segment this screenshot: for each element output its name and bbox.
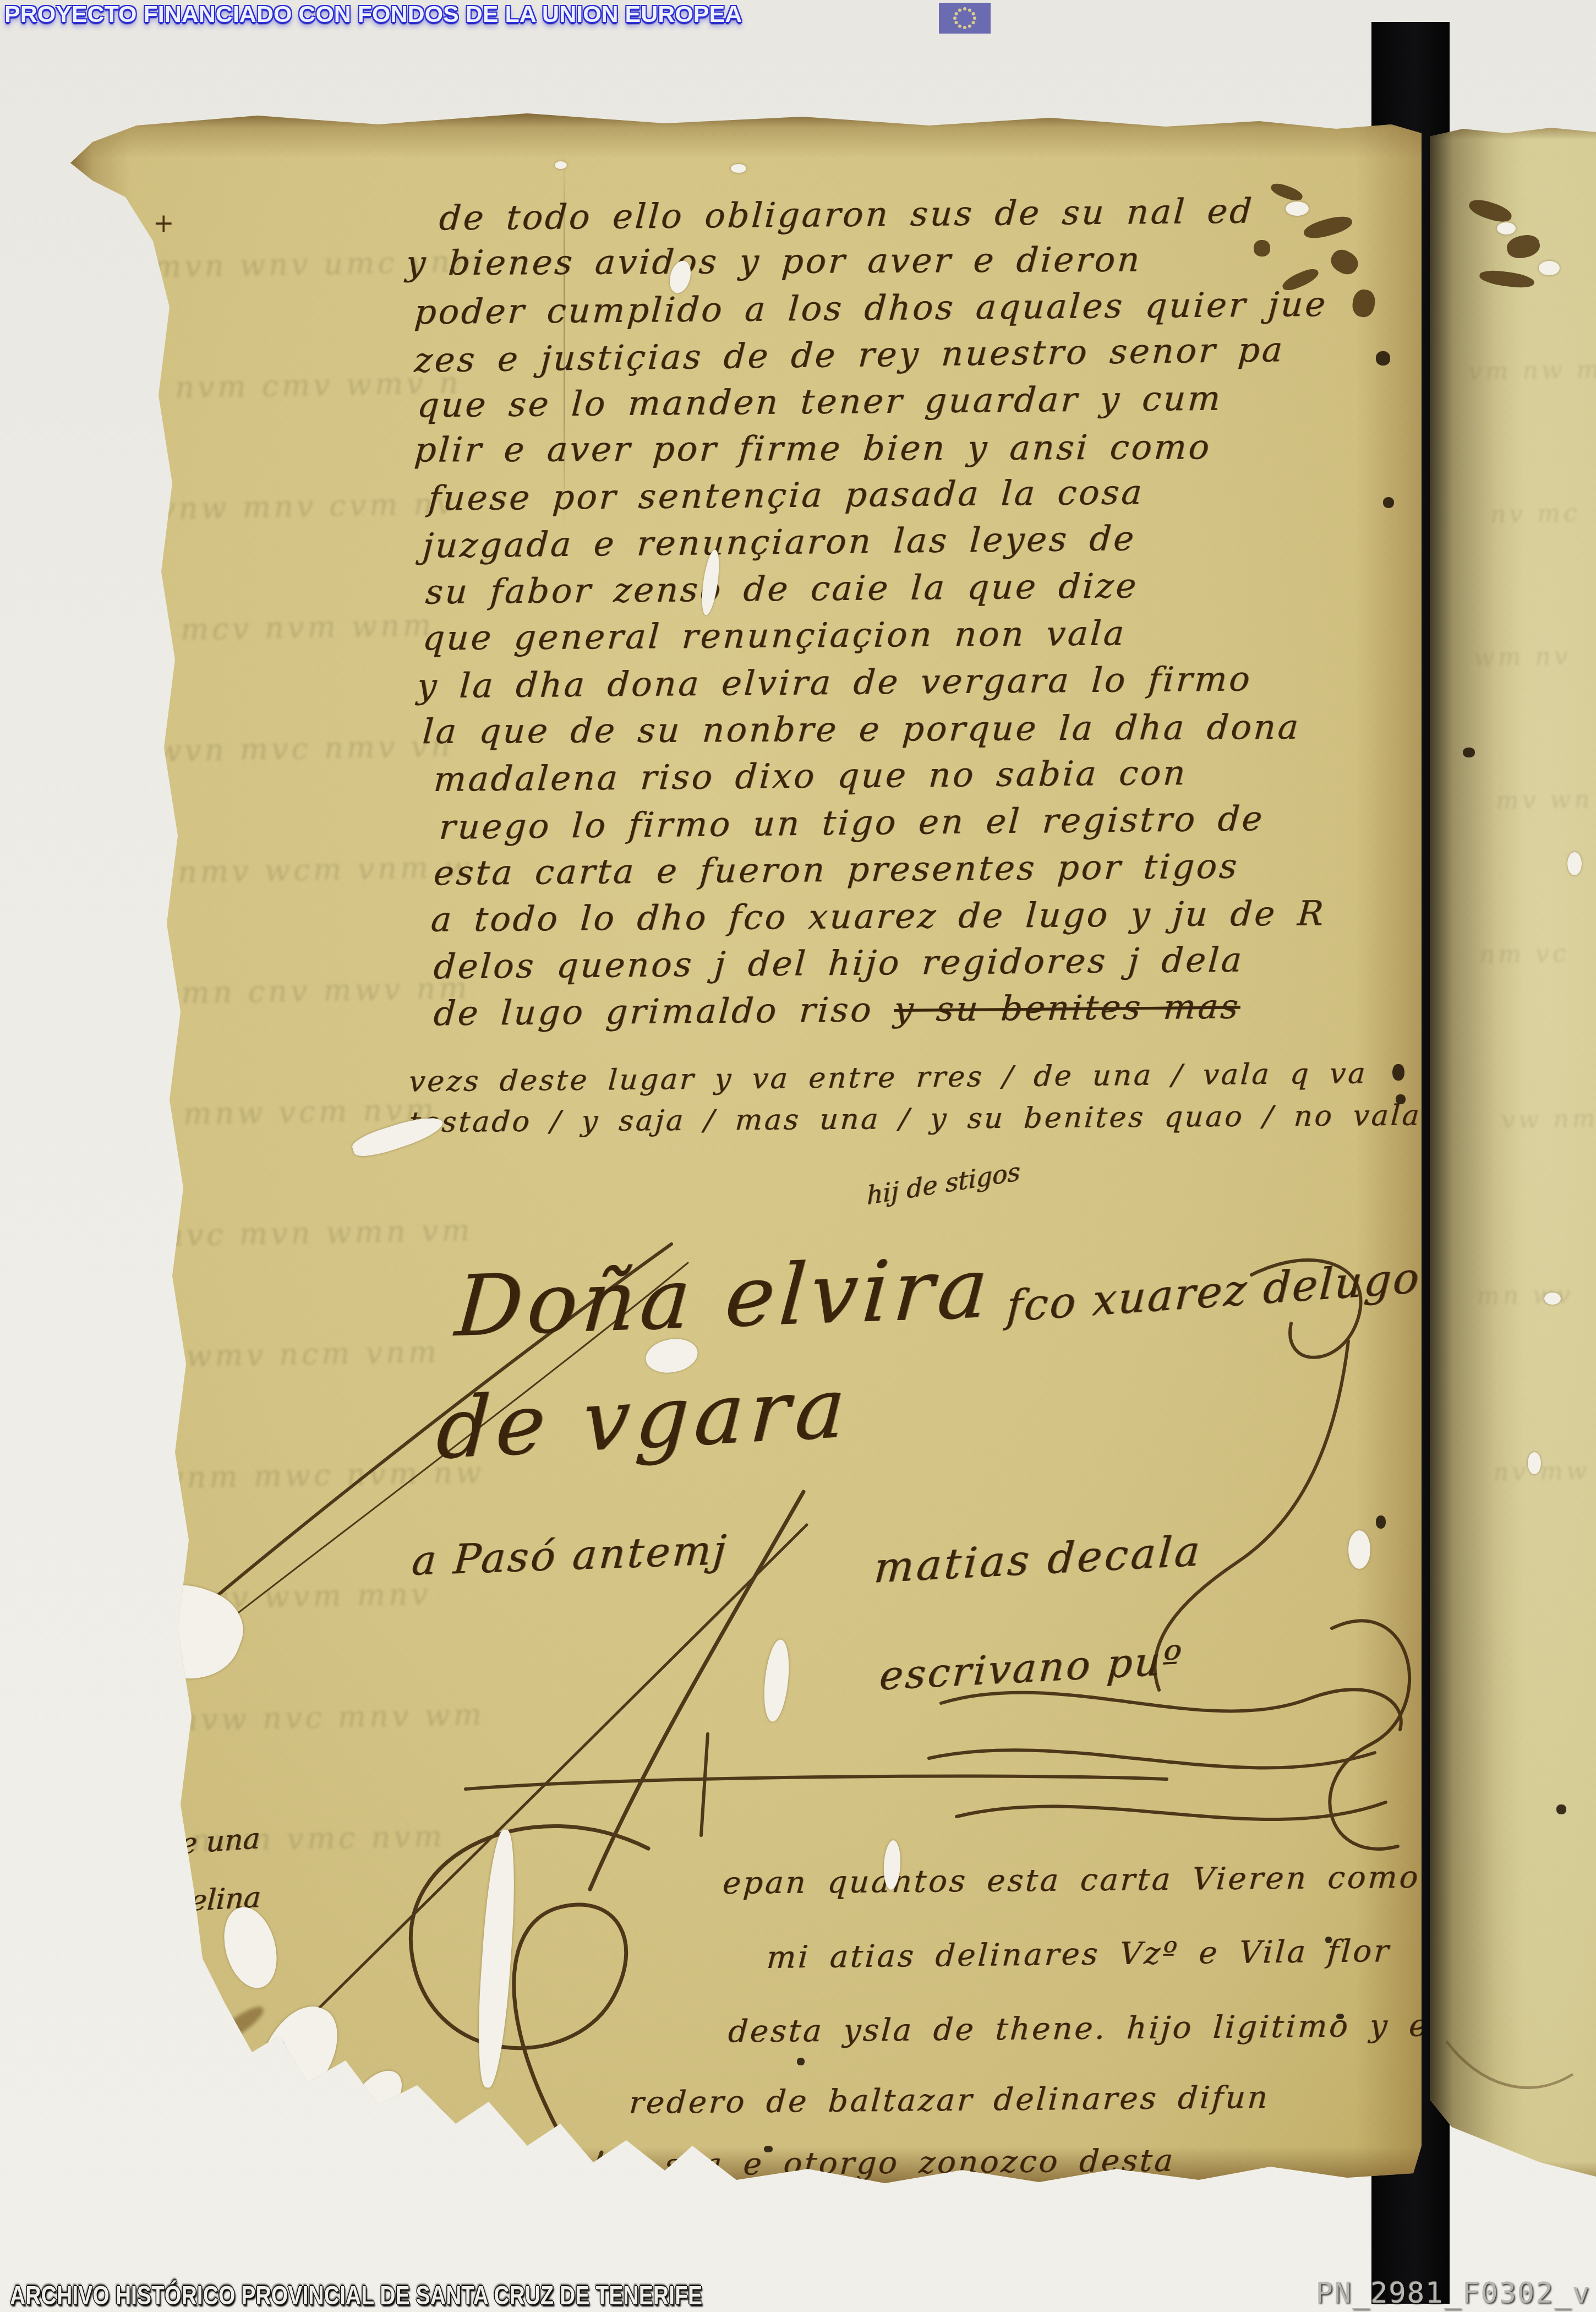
worm-hole [1383,497,1394,508]
signature-cala-line2: escrivano puº [878,1637,1184,1699]
signature-xuarez: fco xuarez delugo [1005,1253,1422,1332]
worm-damage [1327,246,1362,279]
manuscript-line: que se lo manden tener guardar y cum [416,378,1223,426]
paper-hole [731,164,746,173]
paper-hole [1497,222,1516,235]
paper-hole [412,2098,461,2155]
signature-elvira-line1: Doña elvira [452,1239,995,1356]
bleedthrough-text: nv mw [1493,1457,1590,1486]
signature-elvira-line2: de vgara [434,1359,853,1478]
archive-name: ARCHIVO HISTÓRICO PROVINCIAL DE SANTA CR… [10,2280,702,2311]
banner-text: PROYECTO FINANCIADO CON FONDOS DE LA UNI… [4,1,742,28]
manuscript-line: de lugo grimaldo riso y su benites mas [433,986,1242,1034]
manuscript-line: y la dha dona elvira de vergara lo firmo [416,658,1253,706]
eu-flag-icon [939,3,991,34]
struck-out-text: y su benites mas [893,986,1241,1030]
manuscript-line-text: de lugo grimaldo riso [433,989,874,1033]
worm-hole [1396,1094,1406,1104]
document-reference-code: PN_2981_F0302_v [1315,2277,1590,2310]
bleedthrough-text: nmv wcm vnm w [177,849,473,889]
manuscript-line: la que de su nonbre e porque la dha dona [422,707,1302,751]
manuscript-line: enso rio sea e otorgo zonozco desta [493,2143,1176,2185]
bleedthrough-text: mcv nvm wnm [180,608,434,647]
margin-mark: le [109,582,132,612]
bleedthrough-text: wvn mvc nmv vn [155,728,453,768]
paper-hole [555,161,567,169]
paper-hole [1286,201,1309,216]
eu-funding-banner: PROYECTO FINANCIADO CON FONDOS DE LA UNI… [0,0,1596,34]
paper-hole [1544,1293,1561,1305]
manuscript-line: epan quantos esta carta Vieren como jo [722,1859,1473,1901]
worm-damage [1467,196,1513,225]
worm-hole [1556,1804,1566,1814]
worm-damage [1302,213,1354,242]
bleedthrough-text: vw nm [1501,1104,1596,1134]
paper-hole [473,1829,520,2089]
worm-damage [1479,268,1535,290]
manuscript-line: vezs deste lugar y va entre rres / de un… [408,1057,1368,1098]
margin-note-line: y de una [136,1822,260,1864]
manuscript-line: que general renunçiaçion non vala [422,613,1128,658]
paper-hole [1348,1530,1370,1569]
margin-mark: y [123,935,137,964]
manuscript-line: redero de baltazar delinares difun [628,2080,1271,2121]
scanned-archive-photo: vm nw m nv mc wm nv mv wn nm vc vw nm mn… [0,0,1596,2312]
bleedthrough-text: vm nw m [1468,356,1596,386]
worm-hole [764,2146,773,2152]
manuscript-line: poder cumplido a los dhos aquales quier … [413,284,1329,332]
burnt-edge [433,2136,517,2160]
paper-hole [340,2062,412,2137]
paper-hole [1539,261,1560,275]
signature-cala-line1: matias decala [872,1526,1204,1593]
margin-mark: + [153,208,174,238]
manuscript-page: mvn wnv umc vnm nvm cmv wmv n vnw mnv cv… [70,109,1422,2185]
manuscript-line: juzgada e renunçiaron las leyes de [422,518,1137,566]
witness-note: hij de stigos [866,1157,1020,1211]
bleedthrough-text: mvw nvc mnv wm [169,1697,485,1737]
manuscript-line: fuese por sentençia pasada la cosa [427,472,1145,518]
worm-damage [1505,232,1542,261]
burnt-edge [358,2103,422,2147]
manuscript-line: zes e justiçias de de rey nuestro senor … [413,329,1286,380]
bleedthrough-text: mv wn [1496,785,1593,815]
worm-hole [1392,1064,1404,1081]
worm-hole [797,2058,805,2065]
archive-banner: ARCHIVO HISTÓRICO PROVINCIAL DE SANTA CR… [0,2279,1596,2312]
bleedthrough-text: nm vc [1479,940,1570,969]
facing-page-edge: vm nw m nv mc wm nv mv wn nm vc vw nm mn… [1430,126,1596,2183]
paper-hole [1567,852,1582,875]
worm-hole [1336,2014,1344,2019]
manuscript-line: y bienes avidos y por aver e dieron [405,239,1143,283]
paso-ante-mi: a Pasó antemj [410,1526,729,1585]
paper-hole [761,1638,792,1723]
bleedthrough-text: vnw mnv cvm nv [158,486,456,526]
manuscript-line: madalena riso dixo que no sabia con [433,753,1189,799]
manuscript-line: ruego lo firmo un tigo en el registro de [438,798,1266,847]
fold-mark [1430,126,1596,2183]
manuscript-line: su fabor zenso de caie la que dize [424,565,1140,612]
paper-hole [1528,1452,1541,1474]
worm-damage [1254,240,1270,257]
worm-damage [1351,288,1377,319]
manuscript-line: delos quenos j del hijo regidores j dela [433,940,1245,987]
burnt-edge [204,2002,267,2053]
manuscript-line: desta ysla de thene. hijo ligitimo y e [727,2008,1430,2049]
manuscript-line: plir e aver por firme bien y ansi como [413,427,1213,470]
bleedthrough-text: nv mc [1490,499,1581,529]
bleedthrough-text: wm nv [1474,642,1571,672]
worm-hole [1376,1515,1386,1529]
manuscript-line: esta carta e fueron presentes por tigos [433,846,1240,893]
worm-hole [1463,748,1475,757]
bleedthrough-text: vmn cnv mwv nm [161,970,470,1011]
manuscript-line: testado / y saja / mas una / y su benite… [408,1099,1422,1139]
manuscript-line: mi atias delinares Vzº e Vila flor [766,1933,1392,1976]
manuscript-line: a todo lo dho fco xuarez de lugo y ju de… [430,893,1327,939]
burnt-edge [280,2073,357,2112]
bleedthrough-text: wmv ncm vnm [185,1334,440,1373]
worm-hole [1376,351,1390,366]
manuscript-line: de todo ello obligaron sus de su nal ed [438,191,1255,238]
bleedthrough-text: nvc mvn wmn vm [163,1213,473,1253]
worm-damage [1269,181,1304,203]
worm-hole [1325,1937,1332,1943]
margin-mark: z [91,847,105,876]
